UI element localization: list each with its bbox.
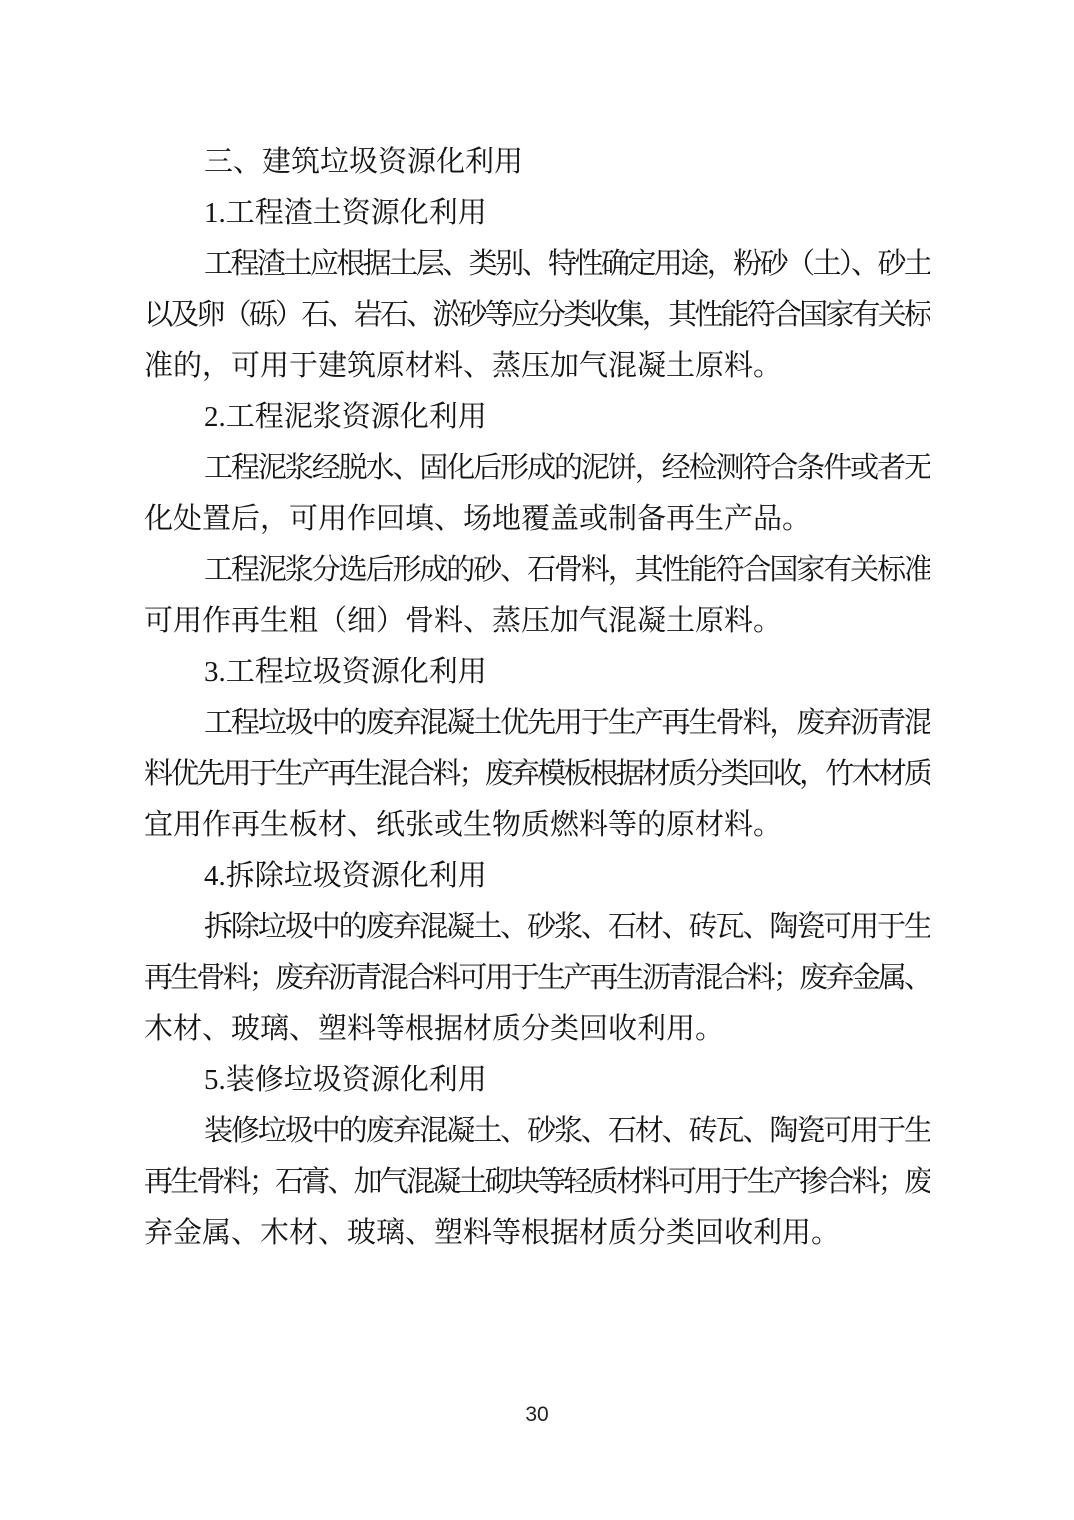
document-heading: 三、建筑垃圾资源化利用 — [144, 137, 930, 188]
text-line: 再生骨料；废弃沥青混合料可用于生产再生沥青混合料；废弃金属、 — [144, 953, 930, 1004]
text-line: 以及卵（砾）石、岩石、淤砂等应分类收集，其性能符合国家有关标 — [144, 290, 930, 341]
text-line: 弃金属、木材、玻璃、塑料等根据材质分类回收利用。 — [144, 1208, 930, 1259]
text-line: 再生骨料；石膏、加气混凝土砌块等轻质材料可用于生产掺合料；废 — [144, 1157, 930, 1208]
text-line: 工程垃圾中的废弃混凝土优先用于生产再生骨料，废弃沥青混合 — [144, 698, 930, 749]
subsection-title-4: 4.拆除垃圾资源化利用 — [144, 851, 930, 902]
text-block: 三、建筑垃圾资源化利用 1.工程渣土资源化利用 工程渣土应根据土层、类别、特性确… — [144, 137, 930, 1259]
text-line: 木材、玻璃、塑料等根据材质分类回收利用。 — [144, 1004, 930, 1055]
text-line: 料优先用于生产再生混合料；废弃模板根据材质分类回收，竹木材质 — [144, 749, 930, 800]
text-line: 拆除垃圾中的废弃混凝土、砂浆、石材、砖瓦、陶瓷可用于生产 — [144, 902, 930, 953]
text-line: 工程渣土应根据土层、类别、特性确定用途，粉砂（土）、砂土 — [144, 239, 930, 290]
text-line: 宜用作再生板材、纸张或生物质燃料等的原材料。 — [144, 800, 930, 851]
subsection-title-5: 5.装修垃圾资源化利用 — [144, 1055, 930, 1106]
text-line: 装修垃圾中的废弃混凝土、砂浆、石材、砖瓦、陶瓷可用于生产 — [144, 1106, 930, 1157]
text-line: 工程泥浆经脱水、固化后形成的泥饼，经检测符合条件或者无害 — [144, 443, 930, 494]
subsection-title-3: 3.工程垃圾资源化利用 — [144, 647, 930, 698]
text-line: 可用作再生粗（细）骨料、蒸压加气混凝土原料。 — [144, 596, 930, 647]
subsection-title-1: 1.工程渣土资源化利用 — [144, 188, 930, 239]
page-number: 30 — [0, 1400, 1074, 1430]
text-line: 工程泥浆分选后形成的砂、石骨料，其性能符合国家有关标准的， — [144, 545, 930, 596]
text-line: 化处置后，可用作回填、场地覆盖或制备再生产品。 — [144, 494, 930, 545]
subsection-title-2: 2.工程泥浆资源化利用 — [144, 392, 930, 443]
document-page: 三、建筑垃圾资源化利用 1.工程渣土资源化利用 工程渣土应根据土层、类别、特性确… — [0, 0, 1074, 1520]
text-line: 准的，可用于建筑原材料、蒸压加气混凝土原料。 — [144, 341, 930, 392]
